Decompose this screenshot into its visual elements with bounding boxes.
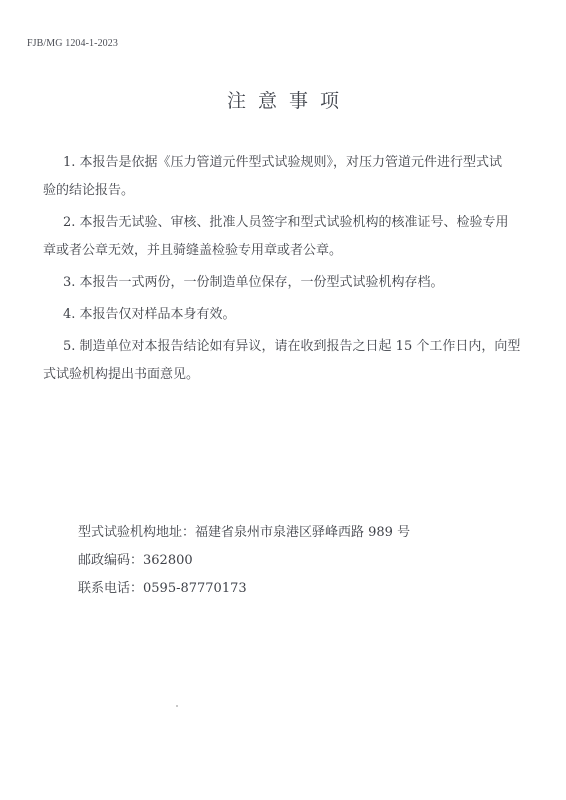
note-item-4: 4. 本报告仅对样品本身有效。 xyxy=(63,301,503,329)
note-text-continued: 验的结论报告。 xyxy=(43,177,503,205)
note-text: 1. 本报告是依据《压力管道元件型式试验规则》，对压力管道元件进行型式试 xyxy=(63,149,503,177)
page-title: 注意事项 xyxy=(0,86,566,113)
institution-address: 型式试验机构地址：福建省泉州市泉港区驿峰西路 989 号 xyxy=(78,519,410,547)
note-text: 5. 制造单位对本报告结论如有异议，请在收到报告之日起 15 个工作日内，向型 xyxy=(63,333,503,361)
scan-speck xyxy=(176,705,178,707)
note-item-5: 5. 制造单位对本报告结论如有异议，请在收到报告之日起 15 个工作日内，向型 … xyxy=(63,333,503,389)
note-text-continued: 式试验机构提出书面意见。 xyxy=(43,361,503,389)
note-item-3: 3. 本报告一式两份，一份制造单位保存，一份型式试验机构存档。 xyxy=(63,269,503,297)
note-item-2: 2. 本报告无试验、审核、批准人员签字和型式试验机构的核准证号、检验专用 章或者… xyxy=(63,209,503,265)
contact-info: 型式试验机构地址：福建省泉州市泉港区驿峰西路 989 号 邮政编码：362800… xyxy=(78,519,410,603)
note-text: 3. 本报告一式两份，一份制造单位保存，一份型式试验机构存档。 xyxy=(63,269,503,297)
note-text: 2. 本报告无试验、审核、批准人员签字和型式试验机构的核准证号、检验专用 xyxy=(63,209,503,237)
document-code: FJB/MG 1204-1-2023 xyxy=(27,38,118,49)
note-item-1: 1. 本报告是依据《压力管道元件型式试验规则》，对压力管道元件进行型式试 验的结… xyxy=(63,149,503,205)
note-text-continued: 章或者公章无效，并且骑缝盖检验专用章或者公章。 xyxy=(43,237,503,265)
note-text: 4. 本报告仅对样品本身有效。 xyxy=(63,301,503,329)
postal-code: 邮政编码：362800 xyxy=(78,547,410,575)
phone-number: 联系电话：0595-87770173 xyxy=(78,575,410,603)
notes-list: 1. 本报告是依据《压力管道元件型式试验规则》，对压力管道元件进行型式试 验的结… xyxy=(63,149,503,393)
